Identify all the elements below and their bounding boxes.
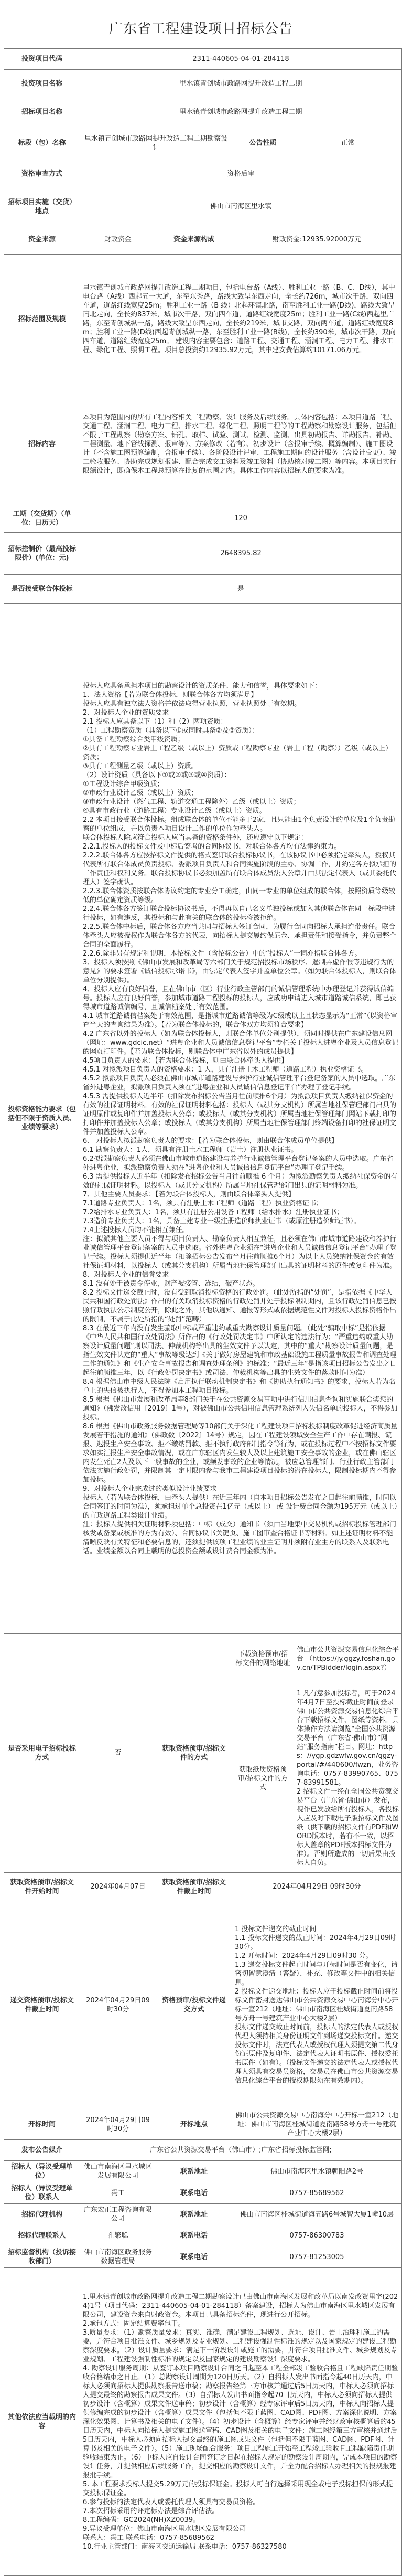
row-opening: 开标时间 2024年04月29日09时30分 开标地点 佛山市公共资源交易中心南…: [4, 2109, 402, 2140]
scope-value: 里水镇青创城市政路网提升改造工程二期项目，包括电台路（A线）、胜利工业一路（B、…: [80, 255, 402, 384]
row-funding: 资金来源 财政资金 资金来源构成 财政资金:12935.92000万元: [4, 225, 402, 255]
agency-address-value: 佛山市南海区桂城街道海五路6号城智大厦1幢10层: [232, 2204, 402, 2225]
supervisor-value: 佛山市南海区政务服务数据管理局: [80, 2246, 156, 2268]
qualification-method-value: 资格后审: [80, 160, 402, 188]
agency-contact-label: 招标代理联系人: [4, 2225, 80, 2246]
agency-label: 招标代理机构: [4, 2204, 80, 2225]
project-name-label: 投资项目名称: [4, 70, 80, 98]
section-name-label: 标段（包）名称: [4, 126, 80, 160]
row-other: 其他依法应当载明的内容 1.里水镇青创城市政路网提升改造工程二期勘察设计已由佛山…: [4, 2268, 402, 2576]
row-duration: 工期（交货期）（单位：日历天） 120: [4, 504, 402, 533]
other-value: 1.里水镇青创城市政路网提升改造工程二期勘察设计已由佛山市南海区发展和改革局以南…: [80, 2268, 402, 2576]
download-address-label: 下载资格预审/招标文件的网络地址: [232, 1634, 294, 1684]
doc-start-label: 获取资格预审/招标文件开始时间: [4, 1873, 80, 1901]
qualification-label: 投标资格能力要求（包括但不限于资质人员、业绩等要求）: [4, 604, 80, 1634]
project-name-value: 里水镇青创城市政路网提升改造工程二期: [80, 70, 402, 98]
submission-method-value: 1 投标文件递交的截止时间 1.1 投标文件递交的截止时间：2024年4月29日…: [232, 1901, 402, 2109]
doc-start-value: 2024年04月07日: [80, 1873, 156, 1901]
media-label: 发布公告媒介: [4, 2140, 80, 2161]
row-tenderer-contact: 招标人（异议受理单位）联系人 冯工 联系电话 0757-85689562: [4, 2182, 402, 2204]
submission-label: 递交资格预审/投标文件截止时间: [4, 1901, 80, 2109]
supervisor-phone-label: 联系电话: [156, 2246, 232, 2268]
opening-place-value: 佛山市公共资源交易中心南海分中心开标一室212（地址：佛山市南海区桂城街道夏南路…: [232, 2109, 402, 2140]
agency-phone-label: 联系电话: [156, 2225, 232, 2246]
tenderer-phone-label: 联系电话: [156, 2182, 232, 2204]
doc-method-label: 获取资格预审/招标文件的方式: [156, 1634, 232, 1873]
row-project-code: 投资项目代码 2311-440605-04-01-284118: [4, 49, 402, 70]
max-price-label: 招标控制价（最高投标限价）(单位：元): [4, 533, 80, 575]
row-supervisor: 招标监督机构（投诉接收部门） 佛山市南海区政务服务数据管理局 联系电话 0757…: [4, 2246, 402, 2268]
tenderer-address-value: 佛山市南海区里水镇朝阳路2号: [232, 2161, 402, 2182]
electronic-label: 是否采用电子招标投标方式: [4, 1634, 80, 1873]
notice-nature-value: 正常: [294, 126, 402, 160]
tenderer-address-label: 联系地址: [156, 2161, 232, 2182]
consortium-value: 是: [80, 575, 402, 604]
doc-end-label: 获取资格预审/招标文件截止时间: [156, 1873, 232, 1901]
agency-contact-value: 孔繁聪: [80, 2225, 156, 2246]
funding-composition-label: 资金来源构成: [156, 225, 232, 255]
tender-project-name-value: 里水镇青创城市政路网提升改造工程二期: [80, 98, 402, 126]
download-address-link[interactable]: 佛山市公共资源交易信息化综合平台 （https://jy.ggzy.foshan…: [294, 1634, 402, 1684]
agency-phone-value: 0757-86300783: [232, 2225, 402, 2246]
row-qualification: 投标资格能力要求（包括但不限于资质人员、业绩等要求） 投标人应具备承担本项目的勘…: [4, 604, 402, 1634]
location-value: 佛山市南海区里水镇: [80, 188, 402, 225]
doc-end-value: 2024年04月29日 09时30分: [232, 1873, 402, 1901]
tenderer-label: 招标人（异议受理单位）: [4, 2161, 80, 2182]
row-doc-time: 获取资格预审/招标文件开始时间 2024年04月07日 获取资格预审/招标文件截…: [4, 1873, 402, 1901]
content-label: 招标内容: [4, 384, 80, 504]
opening-value: 2024年04月29日09时30分: [80, 2109, 156, 2140]
row-scope: 招标范围及规模 里水镇青创城市政路网提升改造工程二期项目，包括电台路（A线）、胜…: [4, 255, 402, 384]
row-tender-project-name: 招标项目名称 里水镇青创城市政路网提升改造工程二期: [4, 98, 402, 126]
project-code-value: 2311-440605-04-01-284118: [80, 49, 402, 70]
media-value: 广东省公共资源交易平台（佛山市）;广东省招标投标监管网;: [80, 2140, 402, 2161]
funding-label: 资金来源: [4, 225, 80, 255]
row-content: 招标内容 本项目为范围内的所有工程内容相关工程勘察、设计服务及后续服务。具体内容…: [4, 384, 402, 504]
duration-value: 120: [80, 504, 402, 533]
row-max-price: 招标控制价（最高投标限价）(单位：元) 2648395.82: [4, 533, 402, 575]
submission-value: 2024年04月29日09时30分: [80, 1901, 156, 2109]
row-section-name: 标段（包）名称 里水镇青创城市政路网提升改造工程二期勘察设计 公告性质 正常: [4, 126, 402, 160]
row-agency: 招标代理机构 广东宏正工程咨询有限公司 联系地址 佛山市南海区桂城街道海五路6号…: [4, 2204, 402, 2225]
row-location: 招标项目实施（交货）地点 佛山市南海区里水镇: [4, 188, 402, 225]
funding-value: 财政资金: [80, 225, 156, 255]
row-submission: 递交资格预审/投标文件截止时间 2024年04月29日09时30分 资格预审/投…: [4, 1901, 402, 2109]
row-agency-contact: 招标代理联系人 孔繁聪 联系电话 0757-86300783: [4, 2225, 402, 2246]
tender-project-name-label: 招标项目名称: [4, 98, 80, 126]
row-consortium: 是否接受联合体投标 是: [4, 575, 402, 604]
max-price-value: 2648395.82: [80, 533, 402, 575]
tenderer-value: 佛山市南海区里水城区发展有限公司: [80, 2161, 156, 2182]
electronic-value: 否: [80, 1634, 156, 1873]
duration-label: 工期（交货期）（单位：日历天）: [4, 504, 80, 533]
page-title: 广东省工程建设项目招标公告: [0, 0, 402, 48]
agency-value: 广东宏正工程咨询有限公司: [80, 2204, 156, 2225]
row-project-name: 投资项目名称 里水镇青创城市政路网提升改造工程二期: [4, 70, 402, 98]
funding-composition-value: 财政资金:12935.92000万元: [232, 225, 402, 255]
paper-method-label: 获取纸质资格预审/招标文件的方式: [232, 1684, 294, 1873]
row-qualification-method: 资格审查方式 资格后审: [4, 160, 402, 188]
paper-method-value: 1 凡有意参加投标者，可于2024年4月7日至投标截止时间前登录佛山市公共资源交…: [294, 1684, 402, 1873]
agency-address-label: 联系地址: [156, 2204, 232, 2225]
row-media: 发布公告媒介 广东省公共资源交易平台（佛山市）;广东省招标投标监管网;: [4, 2140, 402, 2161]
opening-label: 开标时间: [4, 2109, 80, 2140]
opening-place-label: 开标地点: [156, 2109, 232, 2140]
tenderer-contact-label: 招标人（异议受理单位）联系人: [4, 2182, 80, 2204]
other-label: 其他依法应当载明的内容: [4, 2268, 80, 2576]
scope-label: 招标范围及规模: [4, 255, 80, 384]
row-electronic-download: 是否采用电子招标投标方式 否 获取资格预审/招标文件的方式 下载资格预审/招标文…: [4, 1634, 402, 1684]
tenderer-contact-value: 冯工: [80, 2182, 156, 2204]
tenderer-phone-value: 0757-85689562: [232, 2182, 402, 2204]
notice-nature-label: 公告性质: [232, 126, 294, 160]
row-tenderer: 招标人（异议受理单位） 佛山市南海区里水城区发展有限公司 联系地址 佛山市南海区…: [4, 2161, 402, 2182]
supervisor-phone-value: 0757-81253005: [232, 2246, 402, 2268]
consortium-label: 是否接受联合体投标: [4, 575, 80, 604]
submission-method-label: 资格预审/投标文件递交方式: [156, 1901, 232, 2109]
supervisor-label: 招标监督机构（投诉接收部门）: [4, 2246, 80, 2268]
section-name-value: 里水镇青创城市政路网提升改造工程二期勘察设计: [80, 126, 232, 160]
project-code-label: 投资项目代码: [4, 49, 80, 70]
location-label: 招标项目实施（交货）地点: [4, 188, 80, 225]
qualification-value: 投标人应具备承担本项目的勘察设计的资质条件、能力和信誉，具体要求如下： 1、法人…: [80, 604, 402, 1634]
qualification-method-label: 资格审查方式: [4, 160, 80, 188]
tender-notice-table: 投资项目代码 2311-440605-04-01-284118 投资项目名称 里…: [4, 48, 402, 2576]
content-value: 本项目为范围内的所有工程内容相关工程勘察、设计服务及后续服务。具体内容包括：本项…: [80, 384, 402, 504]
